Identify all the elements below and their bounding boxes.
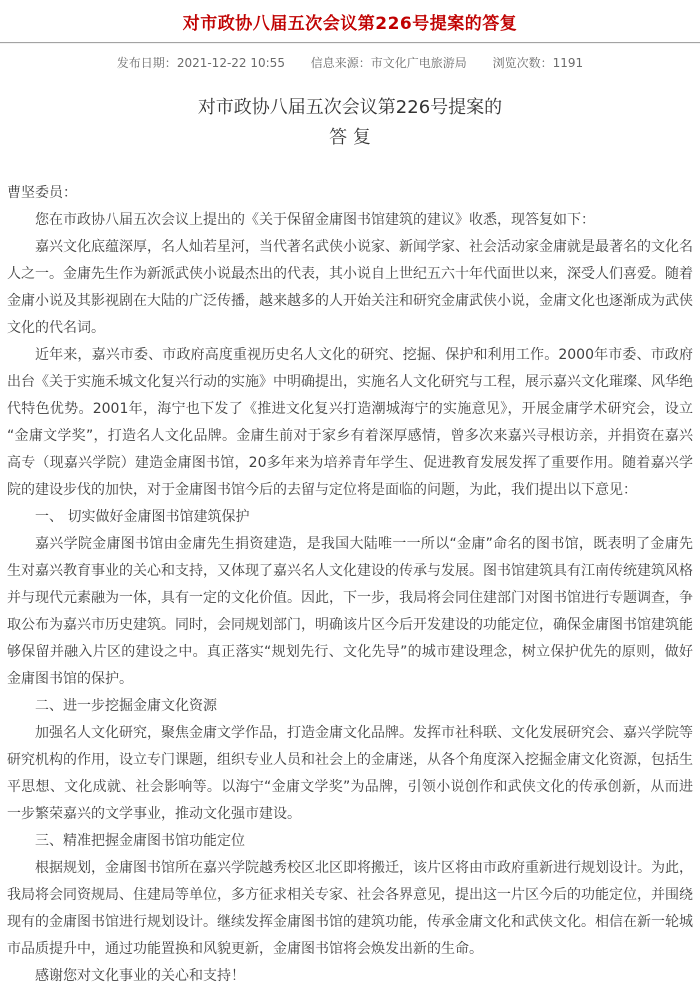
page: 对市政协八届五次会议第226号提案的答复 发布日期：2021-12-22 10:…: [0, 0, 700, 990]
body-paragraph: 嘉兴文化底蕴深厚，名人灿若星河，当代著名武侠小说家、新闻学家、社会活动家金庸就是…: [7, 234, 693, 342]
page-title: 对市政协八届五次会议第226号提案的答复: [0, 0, 700, 42]
meta-bar: 发布日期：2021-12-22 10:55 信息来源：市文化广电旅游局 浏览次数…: [0, 44, 700, 77]
view-count-label: 浏览次数：: [493, 56, 553, 70]
document-title-line1: 对市政协八届五次会议第226号提案的: [0, 93, 700, 123]
salutation: 曹坚委员：: [7, 180, 693, 207]
info-source-label: 信息来源：: [311, 56, 371, 70]
section-1-paragraph: 嘉兴学院金庸图书馆由金庸先生捐资建造，是我国大陆唯一一所以“金庸”命名的图书馆，…: [7, 531, 693, 693]
publish-date-value: 2021-12-22 10:55: [177, 56, 285, 70]
section-heading-1: 一、 切实做好金庸图书馆建筑保护: [7, 504, 693, 531]
info-source-value: 市文化广电旅游局: [371, 56, 467, 70]
section-2-paragraph: 加强名人文化研究，聚焦金庸文学作品，打造金庸文化品牌。发挥市社科联、文化发展研究…: [7, 720, 693, 828]
publish-date: 发布日期：2021-12-22 10:55: [117, 56, 285, 70]
closing-paragraph: 感谢您对文化事业的关心和支持！: [7, 963, 693, 990]
view-count-value: 1191: [553, 56, 584, 70]
section-3-paragraph: 根据规划，金庸图书馆所在嘉兴学院越秀校区北区即将搬迁，该片区将由市政府重新进行规…: [7, 855, 693, 963]
document-body: 曹坚委员： 您在市政协八届五次会议上提出的《关于保留金庸图书馆建筑的建议》收悉，…: [0, 180, 700, 990]
section-heading-2: 二、进一步挖掘金庸文化资源: [7, 693, 693, 720]
view-count: 浏览次数：1191: [493, 56, 584, 70]
document-title-line2: 答 复: [0, 123, 700, 153]
section-heading-3: 三、精准把握金庸图书馆功能定位: [7, 828, 693, 855]
intro-paragraph: 您在市政协八届五次会议上提出的《关于保留金庸图书馆建筑的建议》收悉，现答复如下：: [7, 207, 693, 234]
info-source: 信息来源：市文化广电旅游局: [311, 56, 467, 70]
publish-date-label: 发布日期：: [117, 56, 177, 70]
body-paragraph: 近年来，嘉兴市委、市政府高度重视历史名人文化的研究、挖掘、保护和利用工作。200…: [7, 342, 693, 504]
document-title: 对市政协八届五次会议第226号提案的 答 复: [0, 93, 700, 153]
